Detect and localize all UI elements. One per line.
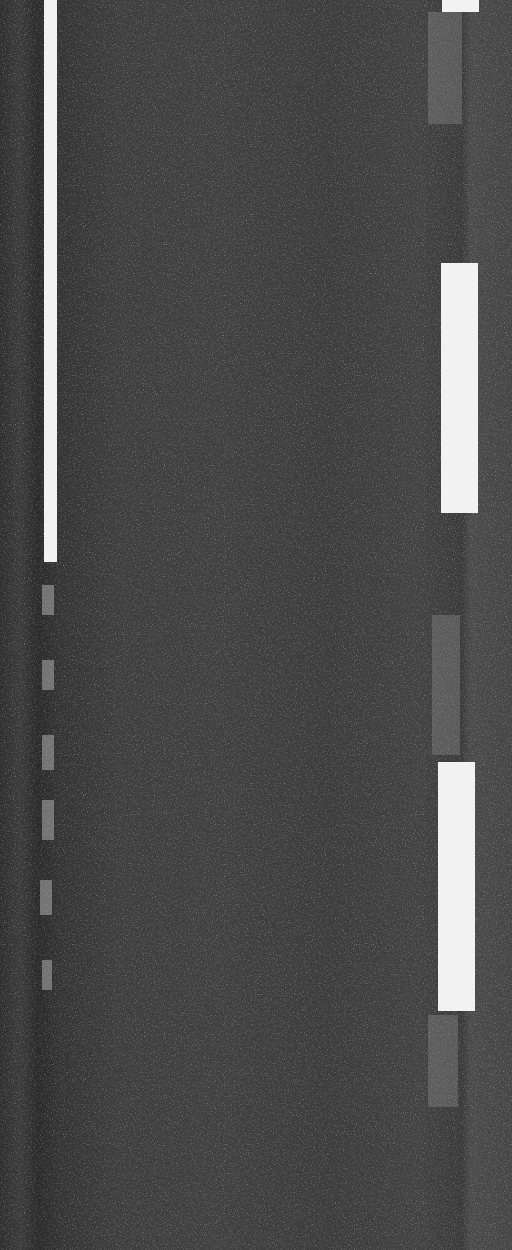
left-faded-dash [40, 880, 52, 915]
right-dash-shadow [428, 12, 462, 124]
left-faded-dash [42, 735, 54, 770]
right-lane-dash [442, 0, 479, 12]
road-scene [0, 0, 512, 1250]
right-lane-dash [438, 762, 475, 1011]
left-faded-dash [42, 800, 54, 840]
right-lane-dash [441, 263, 478, 513]
left-faded-dash [42, 660, 54, 690]
right-dash-shadow [428, 1015, 458, 1107]
left-faded-dash [42, 960, 52, 990]
left-faded-dash [42, 585, 54, 615]
right-dash-shadow [432, 615, 460, 755]
left-solid-lane-line [44, 0, 57, 562]
